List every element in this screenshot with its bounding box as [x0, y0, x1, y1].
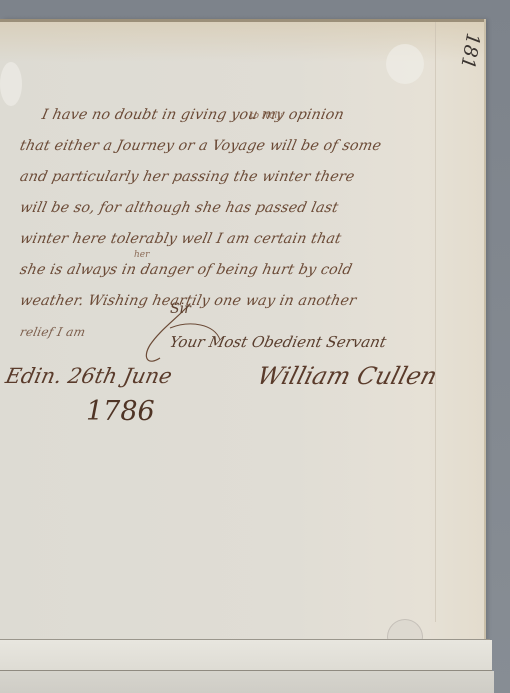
date-year: 1786 [86, 396, 155, 427]
letter-line: that either a Journey or a Voyage will b… [17, 131, 444, 162]
letter-line: winter here tolerably well I am certain … [17, 224, 444, 255]
interlinear-insertion: to Italy [250, 111, 282, 121]
interlinear-insertion: her [134, 250, 149, 260]
letter-line: and particularly her passing the winter … [17, 162, 444, 193]
letter-line: I have no doubt in giving you my opinion [17, 100, 444, 131]
letter-line: will be so, for although she has passed … [17, 193, 444, 224]
letter-body: I have no doubt in giving you my opinion… [20, 100, 440, 348]
paper-stain [0, 62, 22, 106]
closing-valediction: Your Most Obedient Servant [168, 333, 388, 351]
underlying-page-edge-lower [0, 671, 494, 693]
place-date: Edin. 26th June [3, 364, 174, 388]
paper-stain [386, 44, 424, 84]
closing-salutation: Sir [170, 301, 191, 317]
underlying-page-edge [0, 640, 492, 671]
letter-line: she is always in danger of being hurt by… [17, 255, 444, 286]
signature: William Cullen [254, 362, 440, 390]
